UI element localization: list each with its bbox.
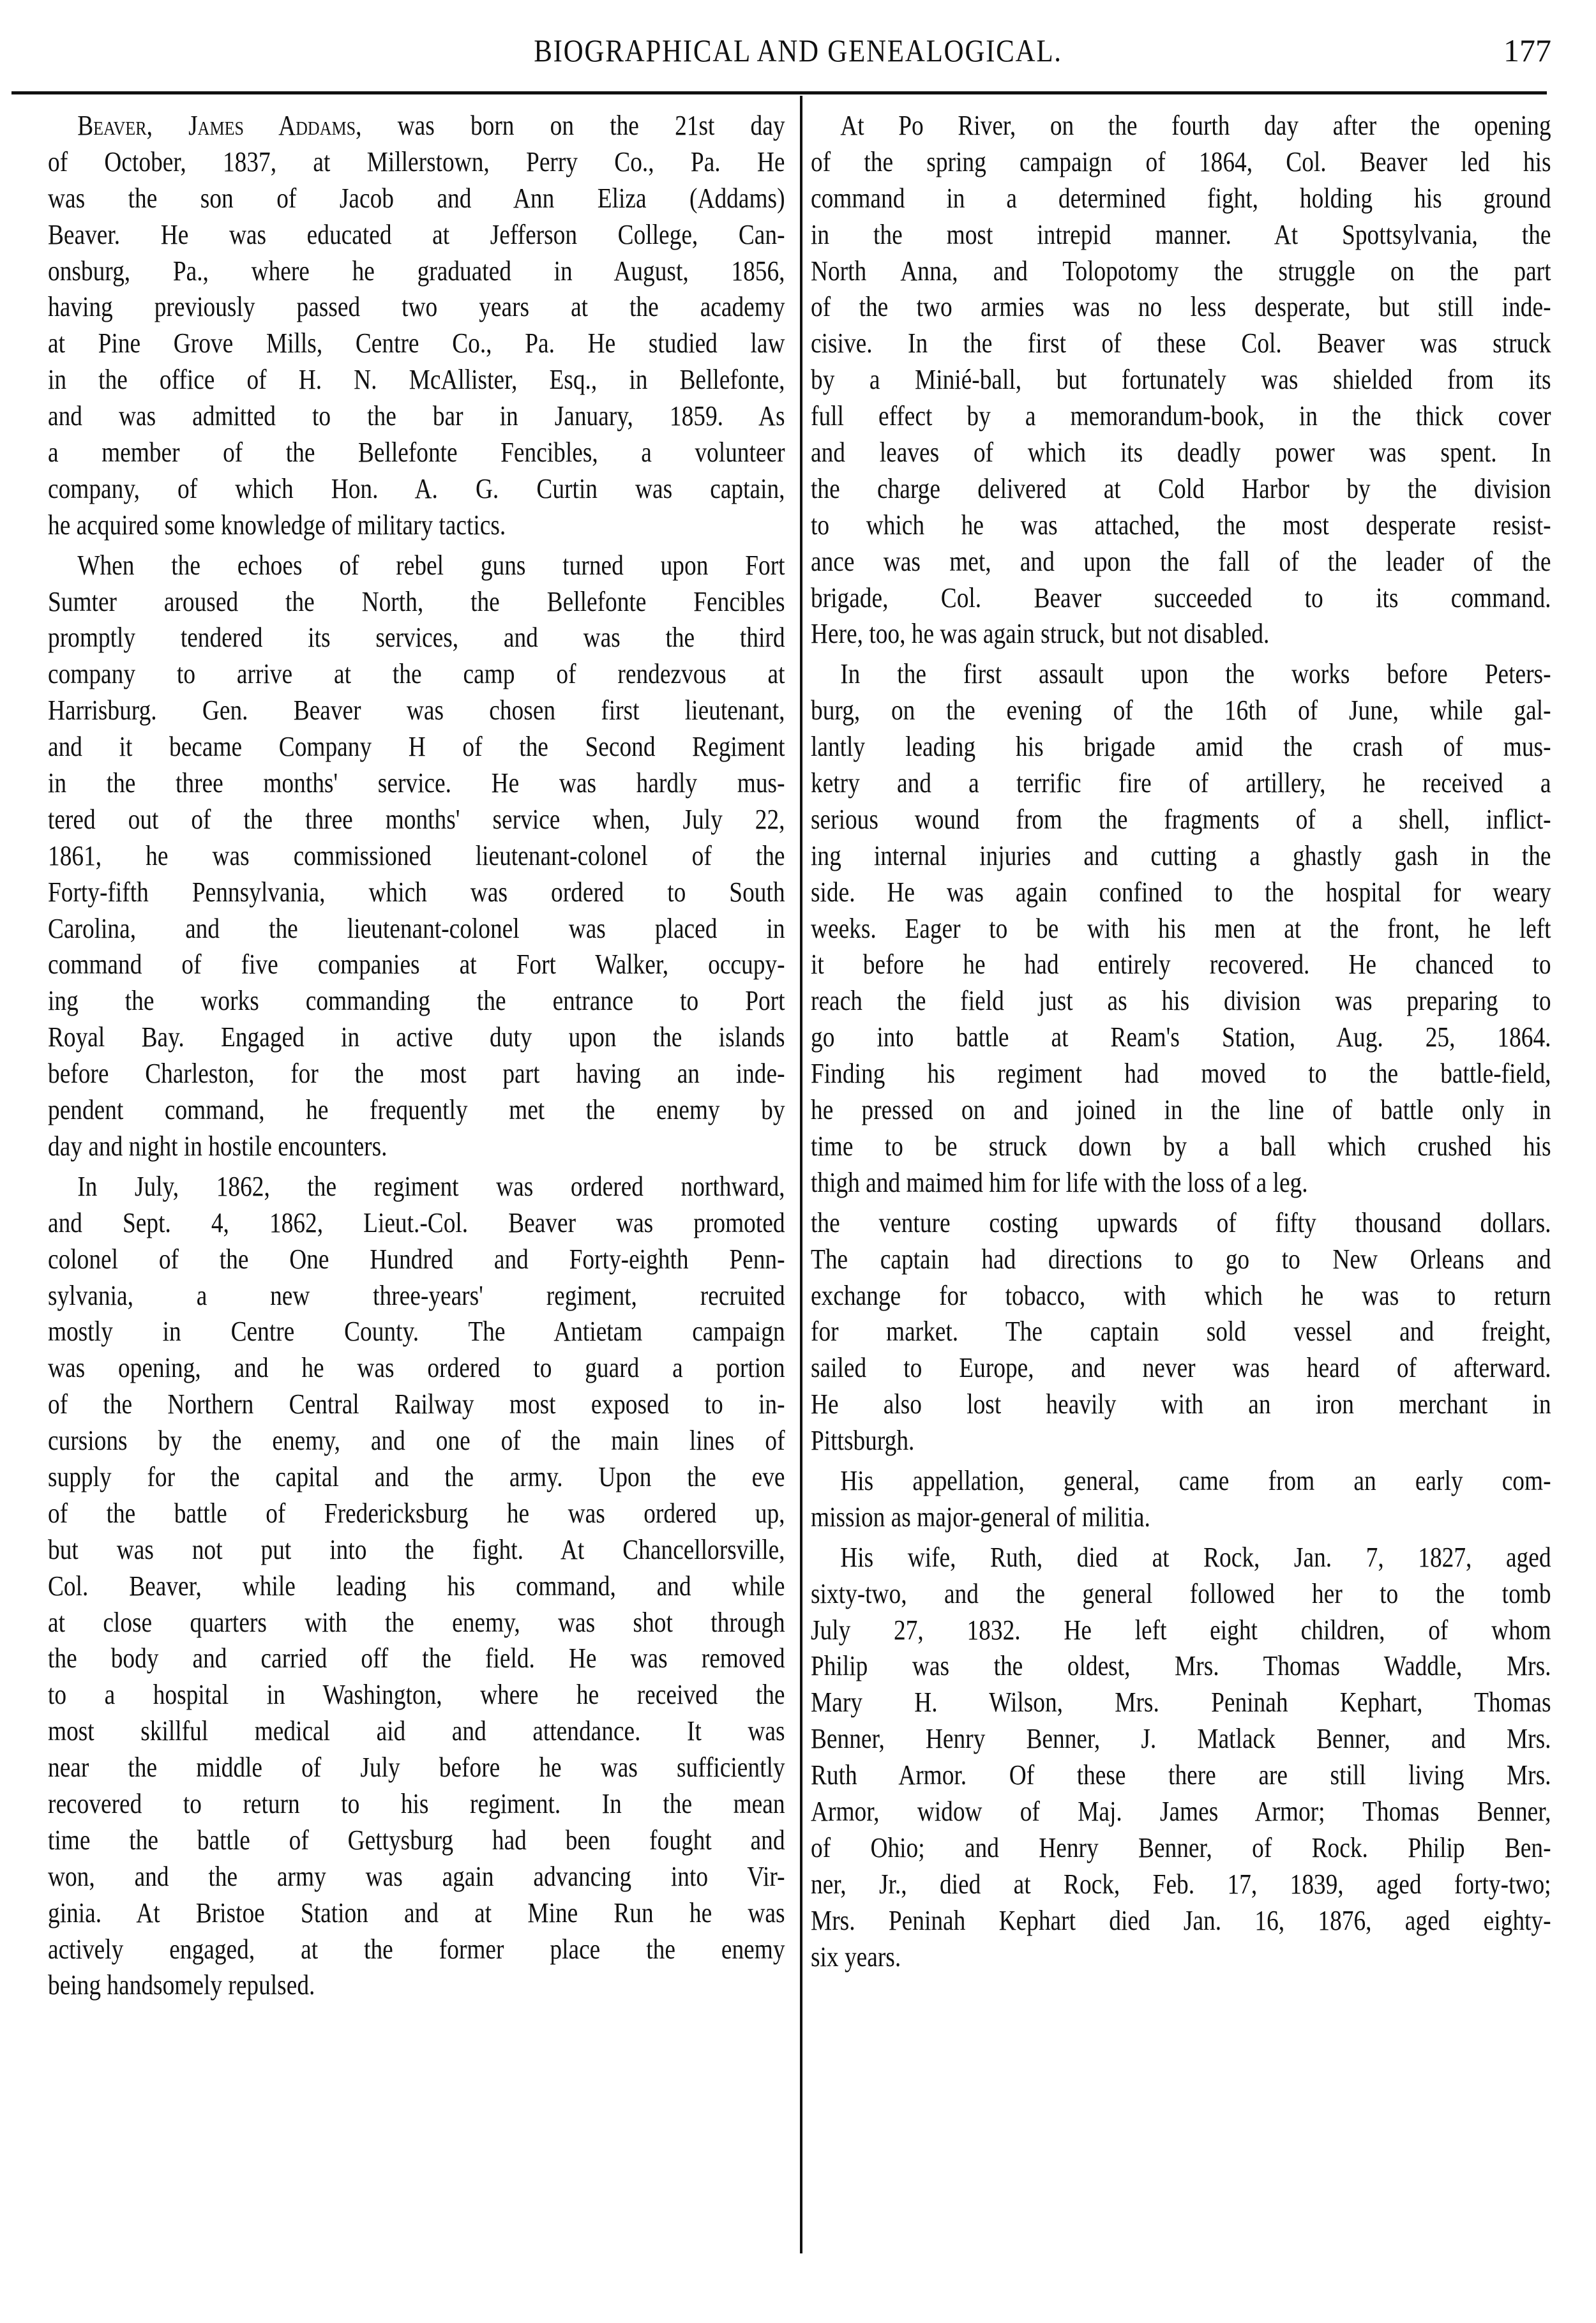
text-line: Ruth Armor. Of these there are still liv… [811,1757,1551,1793]
text-line: supply for the capital and the army. Upo… [48,1459,785,1495]
text-line: go into battle at Ream's Station, Aug. 2… [811,1019,1551,1055]
text-line: it before he had entirely recovered. He … [811,946,1551,982]
text-line: sailed to Europe, and never was heard of… [811,1349,1551,1386]
text-line: pendent command, he frequently met the e… [48,1092,785,1128]
paragraph: When the echoes of rebel guns turned upo… [48,547,785,1164]
text-line: command in a determined fight, holding h… [811,180,1551,216]
text-line: His wife, Ruth, died at Rock, Jan. 7, 18… [811,1539,1551,1575]
text-line: of the two armies was no less desperate,… [811,289,1551,325]
running-head: BIOGRAPHICAL AND GENEALOGICAL. 177 [0,26,1596,83]
text-line: Beaver, James Addams, was born on the 21… [48,107,785,144]
text-line: but was not put into the fight. At Chanc… [48,1531,785,1568]
paragraph: Beaver, James Addams, was born on the 21… [48,107,785,543]
text-line: sylvania, a new three-years' regiment, r… [48,1277,785,1314]
text-line: sixty-two, and the general followed her … [811,1575,1551,1612]
paragraph: His appellation, general, came from an e… [811,1462,1551,1535]
text-line: command of five companies at Fort Walker… [48,946,785,982]
text-line: He also lost heavily with an iron mercha… [811,1386,1551,1422]
text-line: reach the field just as his division was… [811,982,1551,1019]
text-line: North Anna, and Tolopotomy the struggle … [811,253,1551,289]
text-line: lantly leading his brigade amid the cras… [811,728,1551,765]
text-line: the charge delivered at Cold Harbor by t… [811,470,1551,507]
text-line: of Ohio; and Henry Benner, of Rock. Phil… [811,1830,1551,1866]
text-line: of the battle of Fredericksburg he was o… [48,1495,785,1531]
paragraph: His wife, Ruth, died at Rock, Jan. 7, 18… [811,1539,1551,1975]
text-line: won, and the army was again advancing in… [48,1858,785,1895]
text-line: ing internal injuries and cutting a ghas… [811,838,1551,874]
text-line: before Charleston, for the most part hav… [48,1055,785,1092]
text-line: the venture costing upwards of fifty tho… [811,1205,1551,1241]
text-line: six years. [811,1939,1551,1975]
text-line: In the first assault upon the works befo… [811,656,1551,692]
text-line: weeks. Eager to be with his men at the f… [811,910,1551,947]
paragraph: In July, 1862, the regiment was ordered … [48,1168,785,2003]
text-line: day and night in hostile encounters. [48,1128,785,1164]
column-divider [800,96,802,2253]
text-line: cursions by the enemy, and one of the ma… [48,1422,785,1459]
paragraph: In the first assault upon the works befo… [811,656,1551,1200]
text-line: in the most intrepid manner. At Spottsyl… [811,216,1551,253]
text-line: ner, Jr., died at Rock, Feb. 17, 1839, a… [811,1866,1551,1902]
paragraph: the venture costing upwards of fifty tho… [811,1205,1551,1459]
text-line: Forty-fifth Pennsylvania, which was orde… [48,874,785,910]
text-line: of the spring campaign of 1864, Col. Bea… [811,144,1551,180]
text-line: Pittsburgh. [811,1422,1551,1459]
text-line: the body and carried off the field. He w… [48,1640,785,1676]
text-line: The captain had directions to go to New … [811,1241,1551,1277]
text-line: promptly tendered its services, and was … [48,619,785,656]
text-line: he acquired some knowledge of military t… [48,507,785,543]
text-line: In July, 1862, the regiment was ordered … [48,1168,785,1205]
text-line: to a hospital in Washington, where he re… [48,1676,785,1713]
text-line: time the battle of Gettysburg had been f… [48,1822,785,1858]
text-line: Armor, widow of Maj. James Armor; Thomas… [811,1793,1551,1830]
text-line: Here, too, he was again struck, but not … [811,615,1551,652]
text-line: thigh and maimed him for life with the l… [811,1164,1551,1201]
text-line: at Pine Grove Mills, Centre Co., Pa. He … [48,325,785,361]
text-line: being handsomely repulsed. [48,1967,785,2003]
text-line: burg, on the evening of the 16th of June… [811,692,1551,728]
text-line: and was admitted to the bar in January, … [48,398,785,434]
text-line: tered out of the three months' service w… [48,801,785,838]
text-line: Mrs. Peninah Kephart died Jan. 16, 1876,… [811,1902,1551,1939]
text-line: and Sept. 4, 1862, Lieut.-Col. Beaver wa… [48,1205,785,1241]
entry-text: was born on the 21st day [361,109,785,141]
text-line: onsburg, Pa., where he graduated in Augu… [48,253,785,289]
text-line: in the three months' service. He was har… [48,765,785,801]
text-line: Col. Beaver, while leading his command, … [48,1568,785,1604]
left-column: Beaver, James Addams, was born on the 21… [48,107,785,2007]
text-line: serious wound from the fragments of a sh… [811,801,1551,838]
text-line: Royal Bay. Engaged in active duty upon t… [48,1019,785,1055]
text-line: Finding his regiment had moved to the ba… [811,1055,1551,1092]
text-line: of October, 1837, at Millerstown, Perry … [48,144,785,180]
entry-name: Beaver, James Addams, [77,109,361,141]
text-line: was opening, and he was ordered to guard… [48,1349,785,1386]
text-line: His appellation, general, came from an e… [811,1462,1551,1499]
text-line: for market. The captain sold vessel and … [811,1313,1551,1349]
text-line: in the office of H. N. McAllister, Esq.,… [48,361,785,398]
header-rule [11,91,1547,94]
text-line: side. He was again confined to the hospi… [811,874,1551,910]
text-line: and it became Company H of the Second Re… [48,728,785,765]
text-line: Beaver. He was educated at Jefferson Col… [48,216,785,253]
text-line: to which he was attached, the most despe… [811,507,1551,543]
text-line: ginia. At Bristoe Station and at Mine Ru… [48,1895,785,1931]
text-line: brigade, Col. Beaver succeeded to its co… [811,580,1551,616]
text-line: and leaves of which its deadly power was… [811,434,1551,470]
page-number: 177 [1503,32,1551,69]
text-line: of the Northern Central Railway most exp… [48,1386,785,1422]
running-title: BIOGRAPHICAL AND GENEALOGICAL. [112,32,1484,69]
text-line: near the middle of July before he was su… [48,1749,785,1785]
text-line: recovered to return to his regiment. In … [48,1785,785,1822]
text-line: Mary H. Wilson, Mrs. Peninah Kephart, Th… [811,1684,1551,1720]
text-line: ketry and a terrific fire of artillery, … [811,765,1551,801]
text-line: exchange for tobacco, with which he was … [811,1277,1551,1314]
text-line: Benner, Henry Benner, J. Matlack Benner,… [811,1720,1551,1757]
paragraph: At Po River, on the fourth day after the… [811,107,1551,652]
text-line: having previously passed two years at th… [48,289,785,325]
text-line: a member of the Bellefonte Fencibles, a … [48,434,785,470]
text-line: Sumter aroused the North, the Bellefonte… [48,583,785,620]
text-line: actively engaged, at the former place th… [48,1931,785,1967]
text-line: When the echoes of rebel guns turned upo… [48,547,785,583]
text-line: July 27, 1832. He left eight children, o… [811,1612,1551,1648]
text-line: ing the works commanding the entrance to… [48,982,785,1019]
text-line: time to be struck down by a ball which c… [811,1128,1551,1164]
text-line: by a Minié-ball, but fortunately was shi… [811,361,1551,398]
text-line: cisive. In the first of these Col. Beave… [811,325,1551,361]
text-line: most skillful medical aid and attendance… [48,1713,785,1749]
text-line: was the son of Jacob and Ann Eliza (Adda… [48,180,785,216]
text-line: 1861, he was commissioned lieutenant-col… [48,838,785,874]
text-line: company, of which Hon. A. G. Curtin was … [48,470,785,507]
text-line: company to arrive at the camp of rendezv… [48,656,785,692]
text-line: Harrisburg. Gen. Beaver was chosen first… [48,692,785,728]
text-line: mission as major-general of militia. [811,1499,1551,1535]
right-column: At Po River, on the fourth day after the… [811,107,1551,1978]
text-line: he pressed on and joined in the line of … [811,1092,1551,1128]
text-line: Carolina, and the lieutenant-colonel was… [48,910,785,947]
text-line: At Po River, on the fourth day after the… [811,107,1551,144]
text-line: full effect by a memorandum-book, in the… [811,398,1551,434]
text-line: mostly in Centre County. The Antietam ca… [48,1313,785,1349]
text-line: colonel of the One Hundred and Forty-eig… [48,1241,785,1277]
text-line: ance was met, and upon the fall of the l… [811,543,1551,580]
text-line: at close quarters with the enemy, was sh… [48,1604,785,1641]
text-line: Philip was the oldest, Mrs. Thomas Waddl… [811,1648,1551,1684]
